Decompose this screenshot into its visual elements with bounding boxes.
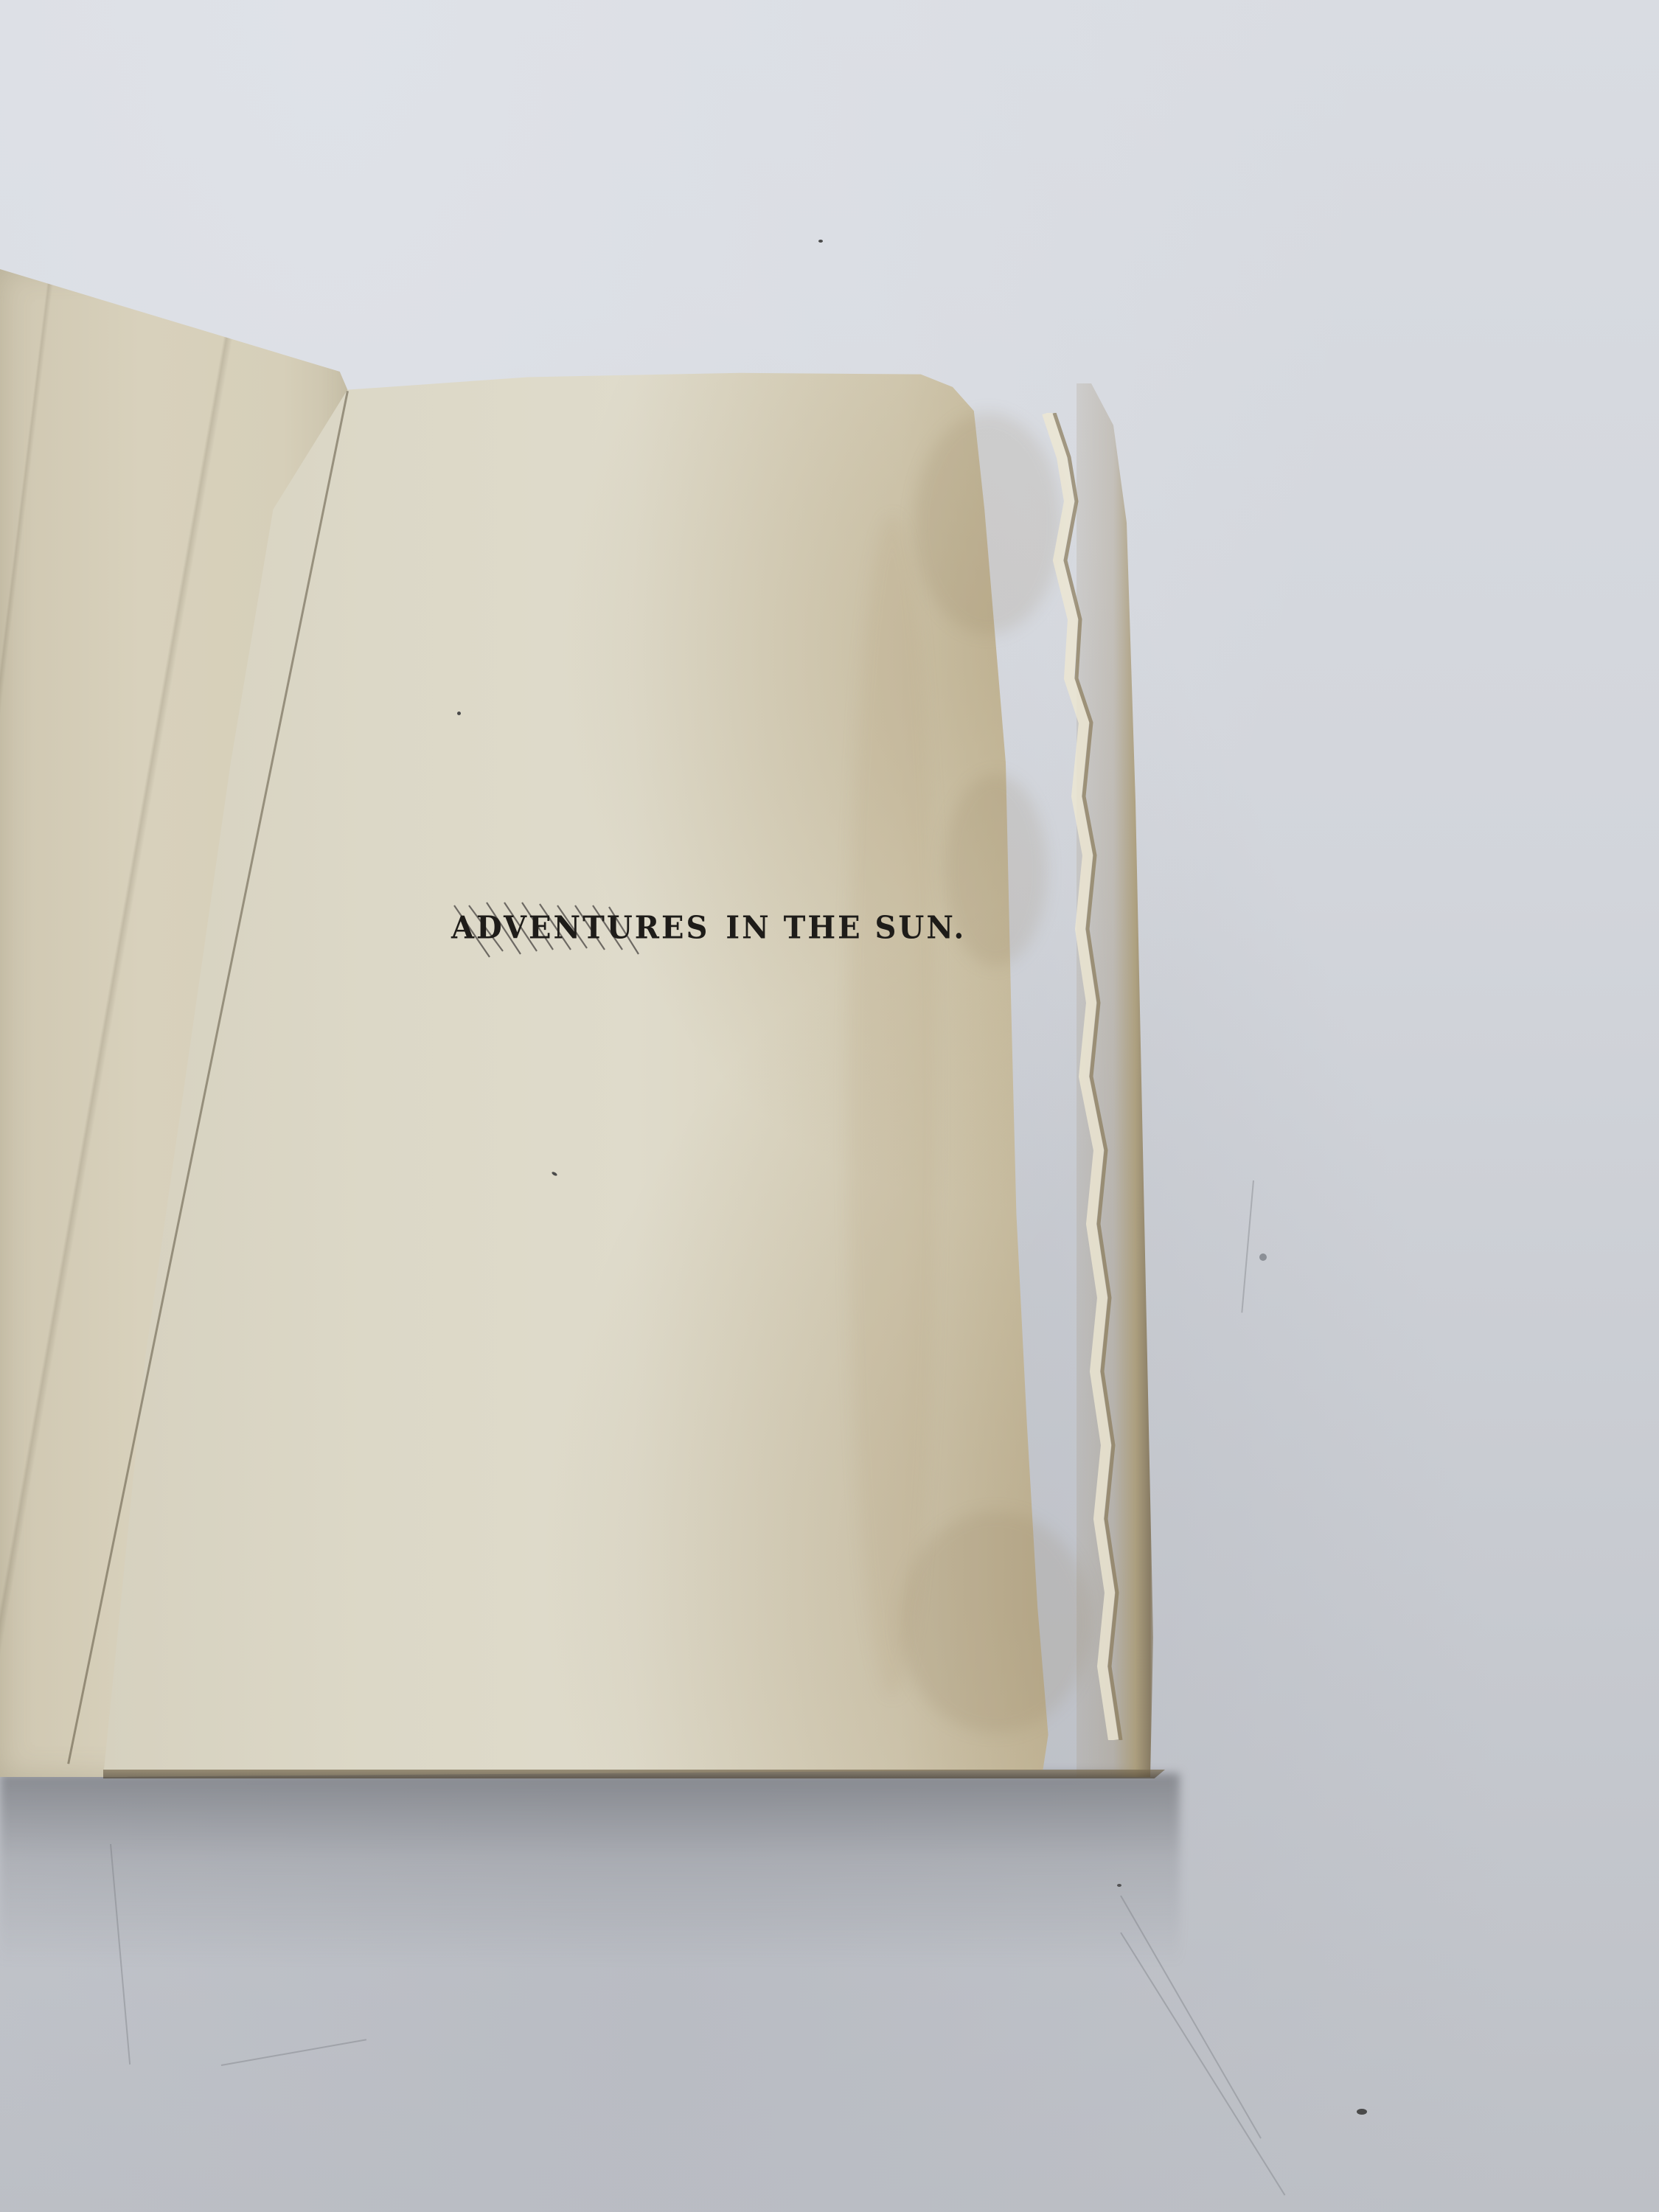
surface-fleck — [818, 240, 823, 243]
page-speck — [457, 712, 461, 715]
book-shadow — [0, 1773, 1180, 1965]
book-bottom-edge — [103, 1770, 1165, 1778]
foxing-stain — [848, 516, 936, 1696]
title-word-adventures: ADVENTURES — [451, 910, 709, 946]
surface-fleck — [1357, 2109, 1367, 2115]
torn-fore-edge — [1018, 413, 1135, 1740]
surface-fleck — [1259, 1253, 1267, 1261]
title-words-in-the-sun: IN THE SUN. — [726, 910, 966, 946]
half-title: ADVENTURESIN THE SUN. — [451, 910, 966, 946]
